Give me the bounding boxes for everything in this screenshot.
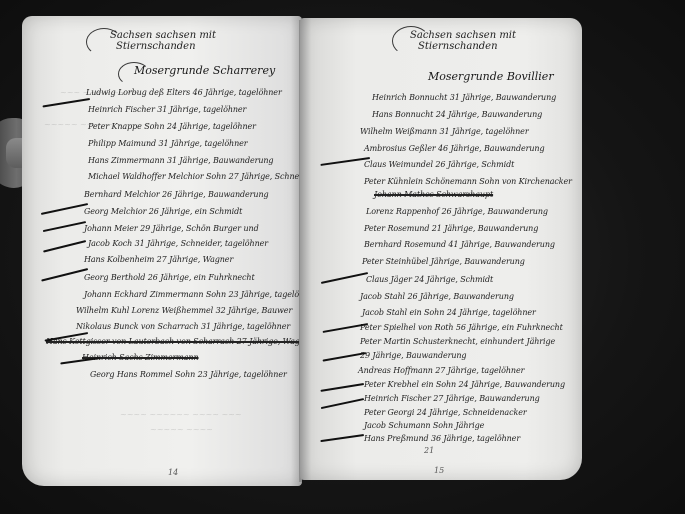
page-total: 21 <box>424 446 434 455</box>
ledger-entry-struck: Johann Mathes Schwarzhaupt <box>374 190 493 199</box>
ledger-entry: Georg Berthold 26 Jährige, ein Fuhrknech… <box>84 273 255 282</box>
left-section-title: Mosergrunde Scharrerey <box>134 64 275 77</box>
ledger-entry: Georg Melchior 26 Jährige, ein Schmidt <box>84 207 242 216</box>
ledger-entry: Peter Martin Schusterknecht, einhundert … <box>360 337 555 346</box>
ledger-entry: Peter Rosemund 21 Jährige, Bauwanderung <box>364 224 538 233</box>
ledger-entry: Andreas Hoffmann 27 Jährige, tagelöhner <box>358 366 524 375</box>
ledger-entry: Philipp Maimund 31 Jährige, tagelöhner <box>88 139 248 148</box>
ledger-entry: Johann Meier 29 Jährige, Schön Burger un… <box>84 224 259 233</box>
ledger-entry: 29 Jährige, Bauwanderung <box>360 351 466 360</box>
ledger-entry-struck: Hans Kottgisser von Lauterbach von Schar… <box>46 337 313 346</box>
ledger-entry: Michael Waldhoffer Melchior Sohn 27 Jähr… <box>88 172 315 181</box>
ledger-entry: Hans Bonnucht 24 Jährige, Bauwanderung <box>372 110 542 119</box>
ledger-entry: Lorenz Rappenhof 26 Jährige, Bauwanderun… <box>366 207 548 216</box>
left-header-line2: Stiernschanden <box>116 41 196 52</box>
ledger-entry: Nikolaus Bunck von Scharrach 31 Jährige,… <box>76 322 290 331</box>
ledger-entry: Jacob Schumann Sohn Jährige <box>364 421 484 430</box>
right-folio-number: 15 <box>434 466 444 475</box>
ledger-entry: Peter Georgi 24 Jährige, Schneidenacker <box>364 408 527 417</box>
ledger-entry: Wilhelm Kuhl Lorenz Weißhemmel 32 Jährig… <box>76 306 292 315</box>
ledger-entry: Hans Preßmund 36 Jährige, tagelöhner <box>364 434 520 443</box>
ledger-entry: Georg Hans Rommel Sohn 23 Jährige, tagel… <box>90 370 287 379</box>
ledger-entry: Heinrich Fischer 27 Jährige, Bauwanderun… <box>364 394 540 403</box>
right-header-line1: Sachsen sachsen mit <box>410 30 516 41</box>
right-section-title: Mosergrunde Bovillier <box>428 70 554 83</box>
ledger-entry: Bernhard Rosemund 41 Jährige, Bauwanderu… <box>364 240 555 249</box>
left-header-line1: Sachsen sachsen mit <box>110 30 216 41</box>
ledger-entry: Jacob Koch 31 Jährige, Schneider, tagelö… <box>88 239 268 248</box>
right-header-line2: Stiernschanden <box>418 41 498 52</box>
ledger-entry: Claus Jäger 24 Jährige, Schmidt <box>366 275 493 284</box>
ledger-entry: Claus Weimundel 26 Jährige, Schmidt <box>364 160 514 169</box>
ledger-entry: Johann Eckhard Zimmermann Sohn 23 Jährig… <box>84 290 318 299</box>
ledger-entry: Jacob Stahl 26 Jährige, Bauwanderung <box>360 292 514 301</box>
bleed-through-text: ~~~~~ ~~~~ <box>150 425 213 434</box>
ledger-entry: Peter Spielhel von Roth 56 Jährige, ein … <box>360 323 563 332</box>
ledger-entry: Hans Zimmermann 31 Jährige, Bauwanderung <box>88 156 273 165</box>
ledger-entry: Hans Kolbenheim 27 Jährige, Wagner <box>84 255 233 264</box>
ledger-entry: Ambrosius Geßler 46 Jährige, Bauwanderun… <box>364 144 544 153</box>
ledger-entry: Peter Knappe Sohn 24 Jährige, tagelöhner <box>88 122 256 131</box>
ledger-entry: Jacob Stahl ein Sohn 24 Jährige, tagelöh… <box>362 308 536 317</box>
ledger-entry: Peter Kühnlein Schönemann Sohn von Kirch… <box>364 177 572 186</box>
left-folio-number: 14 <box>168 468 178 477</box>
ledger-entry: Peter Steinhübel Jährige, Bauwanderung <box>362 257 525 266</box>
ledger-entry: Bernhard Melchior 26 Jährige, Bauwanderu… <box>84 190 269 199</box>
ledger-entry: Ludwig Lorbug deß Elters 46 Jährige, tag… <box>86 88 282 97</box>
ledger-entry: Wilhelm Weißmann 31 Jährige, tagelöhner <box>360 127 529 136</box>
ledger-entry: Peter Krebhel ein Sohn 24 Jährige, Bauwa… <box>364 380 565 389</box>
bleed-through-text: ~~~~ ~~~~~~ ~~~~ ~~~ <box>120 410 242 419</box>
ledger-entry: Heinrich Bonnucht 31 Jährige, Bauwanderu… <box>372 93 556 102</box>
ledger-entry: Heinrich Fischer 31 Jährige, tagelöhner <box>88 105 246 114</box>
